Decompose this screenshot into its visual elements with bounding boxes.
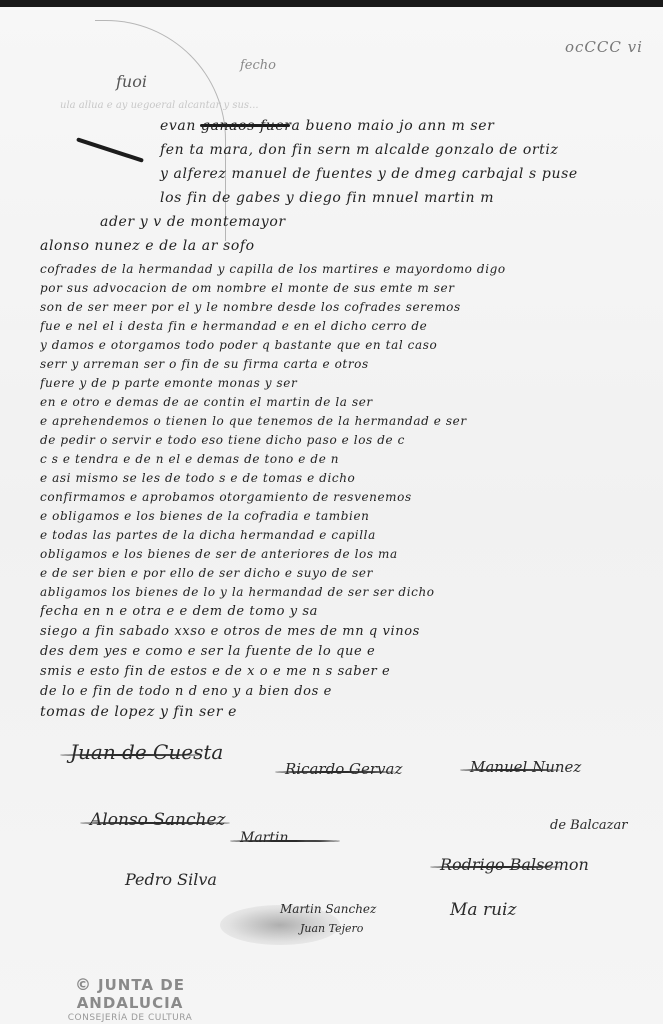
margin-note-center: fecho xyxy=(240,58,276,73)
signature-name: Juan Tejero xyxy=(300,922,363,935)
text-line: smis e esto fin de estos e de x o e me n… xyxy=(40,664,650,684)
bleed-through-text: ula allua e ay uegoeral alcantar y sus..… xyxy=(60,98,620,113)
text-line: abligamos los bienes de lo y la hermanda… xyxy=(40,585,650,604)
text-line: y damos e otorgamos todo poder q bastant… xyxy=(40,338,650,357)
text-line: de lo e fin de todo n d eno y a bien dos… xyxy=(40,684,650,704)
signature-rubric xyxy=(275,771,395,773)
text-line: e asi mismo se les de todo s e de tomas … xyxy=(40,471,650,490)
signature: Pedro Silva xyxy=(125,870,217,889)
signature: de Balcazar xyxy=(550,818,627,833)
scan-border xyxy=(0,0,663,7)
text-line: son de ser meer por el y le nombre desde… xyxy=(40,300,650,319)
signature-name: Martin xyxy=(240,830,289,846)
signature: Martin xyxy=(240,830,289,846)
text-line: des dem yes e como e ser la fuente de lo… xyxy=(40,644,650,664)
signature-name: de Balcazar xyxy=(550,818,627,833)
signature: Alonso Sanchez xyxy=(90,810,225,830)
text-line: alonso nunez e de la ar sofo xyxy=(40,238,650,262)
signature: Martin Sanchez xyxy=(280,902,376,916)
signature-name: Manuel Nunez xyxy=(470,758,581,776)
text-line: siego a fin sabado xxso e otros de mes d… xyxy=(40,624,650,644)
signature-name: Juan de Cuesta xyxy=(70,740,223,764)
text-line: e obligamos e los bienes de la cofradia … xyxy=(40,509,650,528)
manuscript-body: evan ganaos fuera bueno maio jo ann m se… xyxy=(40,118,650,726)
text-line: fen ta mara, don fin sern m alcalde gonz… xyxy=(40,142,650,166)
text-line: fecha en n e otra e e dem de tomo y sa xyxy=(40,604,650,624)
text-line: tomas de lopez y fin ser e xyxy=(40,704,650,726)
signature-name: Martin Sanchez xyxy=(280,902,376,916)
watermark-title: ©JUNTA DE ANDALUCIA xyxy=(40,975,220,1012)
signature-name: Rodrigo Balsemon xyxy=(440,855,589,874)
text-line: confirmamos e aprobamos otorgamiento de … xyxy=(40,490,650,509)
watermark-subtitle: CONSEJERÍA DE CULTURA xyxy=(40,1013,220,1023)
text-line: fue e nel el i desta fin e hermandad e e… xyxy=(40,319,650,338)
text-line: fuere y de p parte emonte monas y ser xyxy=(40,376,650,395)
text-line: evan ganaos fuera bueno maio jo ann m se… xyxy=(40,118,650,142)
archive-watermark: ©JUNTA DE ANDALUCIA CONSEJERÍA DE CULTUR… xyxy=(40,975,220,1023)
text-line: obligamos e los bienes de ser de anterio… xyxy=(40,547,650,566)
signature: Ricardo Gervaz xyxy=(285,760,402,778)
text-line: c s e tendra e de n el e demas de tono e… xyxy=(40,452,650,471)
text-line: de pedir o servir e todo eso tiene dicho… xyxy=(40,433,650,452)
text-line: cofrades de la hermandad y capilla de lo… xyxy=(40,262,650,281)
signature: Ma ruiz xyxy=(450,900,516,920)
margin-note-right: ocCCC vi xyxy=(565,38,643,56)
signature: Juan de Cuesta xyxy=(70,740,223,764)
signature: Rodrigo Balsemon xyxy=(440,855,589,874)
signature-block: Juan de Cuesta Ricardo Gervaz Manuel Nun… xyxy=(30,730,650,950)
signature: Juan Tejero xyxy=(300,922,363,935)
text-line: en e otro e demas de ae contin el martin… xyxy=(40,395,650,414)
text-line: por sus advocacion de om nombre el monte… xyxy=(40,281,650,300)
signature-name: Pedro Silva xyxy=(125,870,217,889)
signature-rubric xyxy=(80,822,230,824)
margin-note-left: fuoi xyxy=(116,72,147,91)
watermark-title-text: JUNTA DE ANDALUCIA xyxy=(77,976,185,1012)
signature-rubric xyxy=(230,840,340,842)
copyright-icon: © xyxy=(75,975,92,994)
text-line: e aprehendemos o tienen lo que tenemos d… xyxy=(40,414,650,433)
signature-rubric xyxy=(460,769,560,771)
text-line: ader y v de montemayor xyxy=(40,214,650,238)
text-line: los fin de gabes y diego fin mnuel marti… xyxy=(40,190,650,214)
text-line: y alferez manuel de fuentes y de dmeg ca… xyxy=(40,166,650,190)
signature-name: Ricardo Gervaz xyxy=(285,760,402,778)
text-line: e de ser bien e por ello de ser dicho e … xyxy=(40,566,650,585)
text-line: serr y arreman ser o fin de su firma car… xyxy=(40,357,650,376)
signature-name: Ma ruiz xyxy=(450,900,516,920)
signature: Manuel Nunez xyxy=(470,758,581,776)
signature-name: Alonso Sanchez xyxy=(90,810,225,830)
text-line: e todas las partes de la dicha hermandad… xyxy=(40,528,650,547)
